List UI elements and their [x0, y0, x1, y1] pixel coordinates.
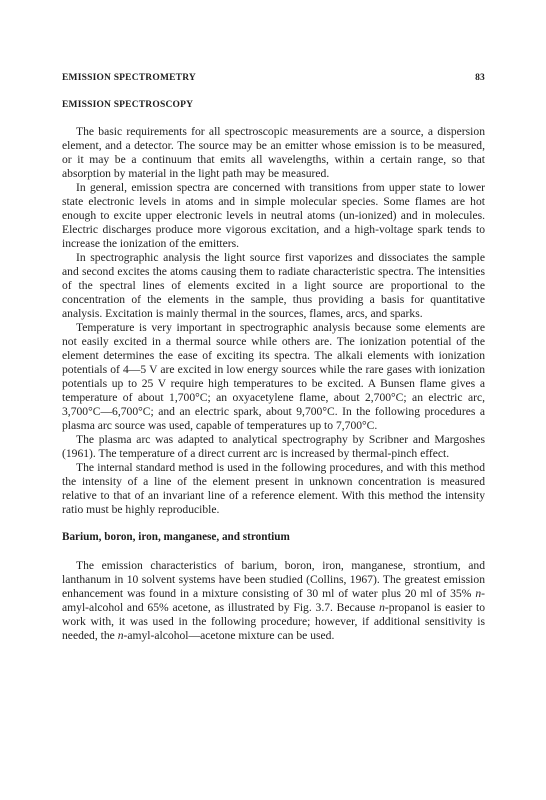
text-run: The emission characteristics of barium, …	[62, 559, 485, 600]
running-header: EMISSION SPECTROMETRY 83	[62, 73, 485, 87]
paragraph-spectrographic-analysis: In spectrographic analysis the light sou…	[62, 251, 485, 321]
paragraph-plasma-arc: The plasma arc was adapted to analytical…	[62, 433, 485, 461]
running-title: EMISSION SPECTROMETRY	[62, 73, 196, 83]
paragraph-temperature: Temperature is very important in spectro…	[62, 321, 485, 433]
paragraph-emission-spectra: In general, emission spectra are concern…	[62, 181, 485, 251]
text-run: -amyl-alcohol—acetone mixture can be use…	[123, 629, 334, 642]
subsection-heading: Barium, boron, iron, manganese, and stro…	[62, 530, 485, 544]
page-number: 83	[475, 73, 485, 83]
body-text: The basic requirements for all spectrosc…	[62, 125, 485, 643]
section-heading: EMISSION SPECTROSCOPY	[62, 100, 193, 110]
paragraph-requirements: The basic requirements for all spectrosc…	[62, 125, 485, 181]
paragraph-internal-standard: The internal standard method is used in …	[62, 461, 485, 517]
paragraph-emission-characteristics: The emission characteristics of barium, …	[62, 559, 485, 643]
